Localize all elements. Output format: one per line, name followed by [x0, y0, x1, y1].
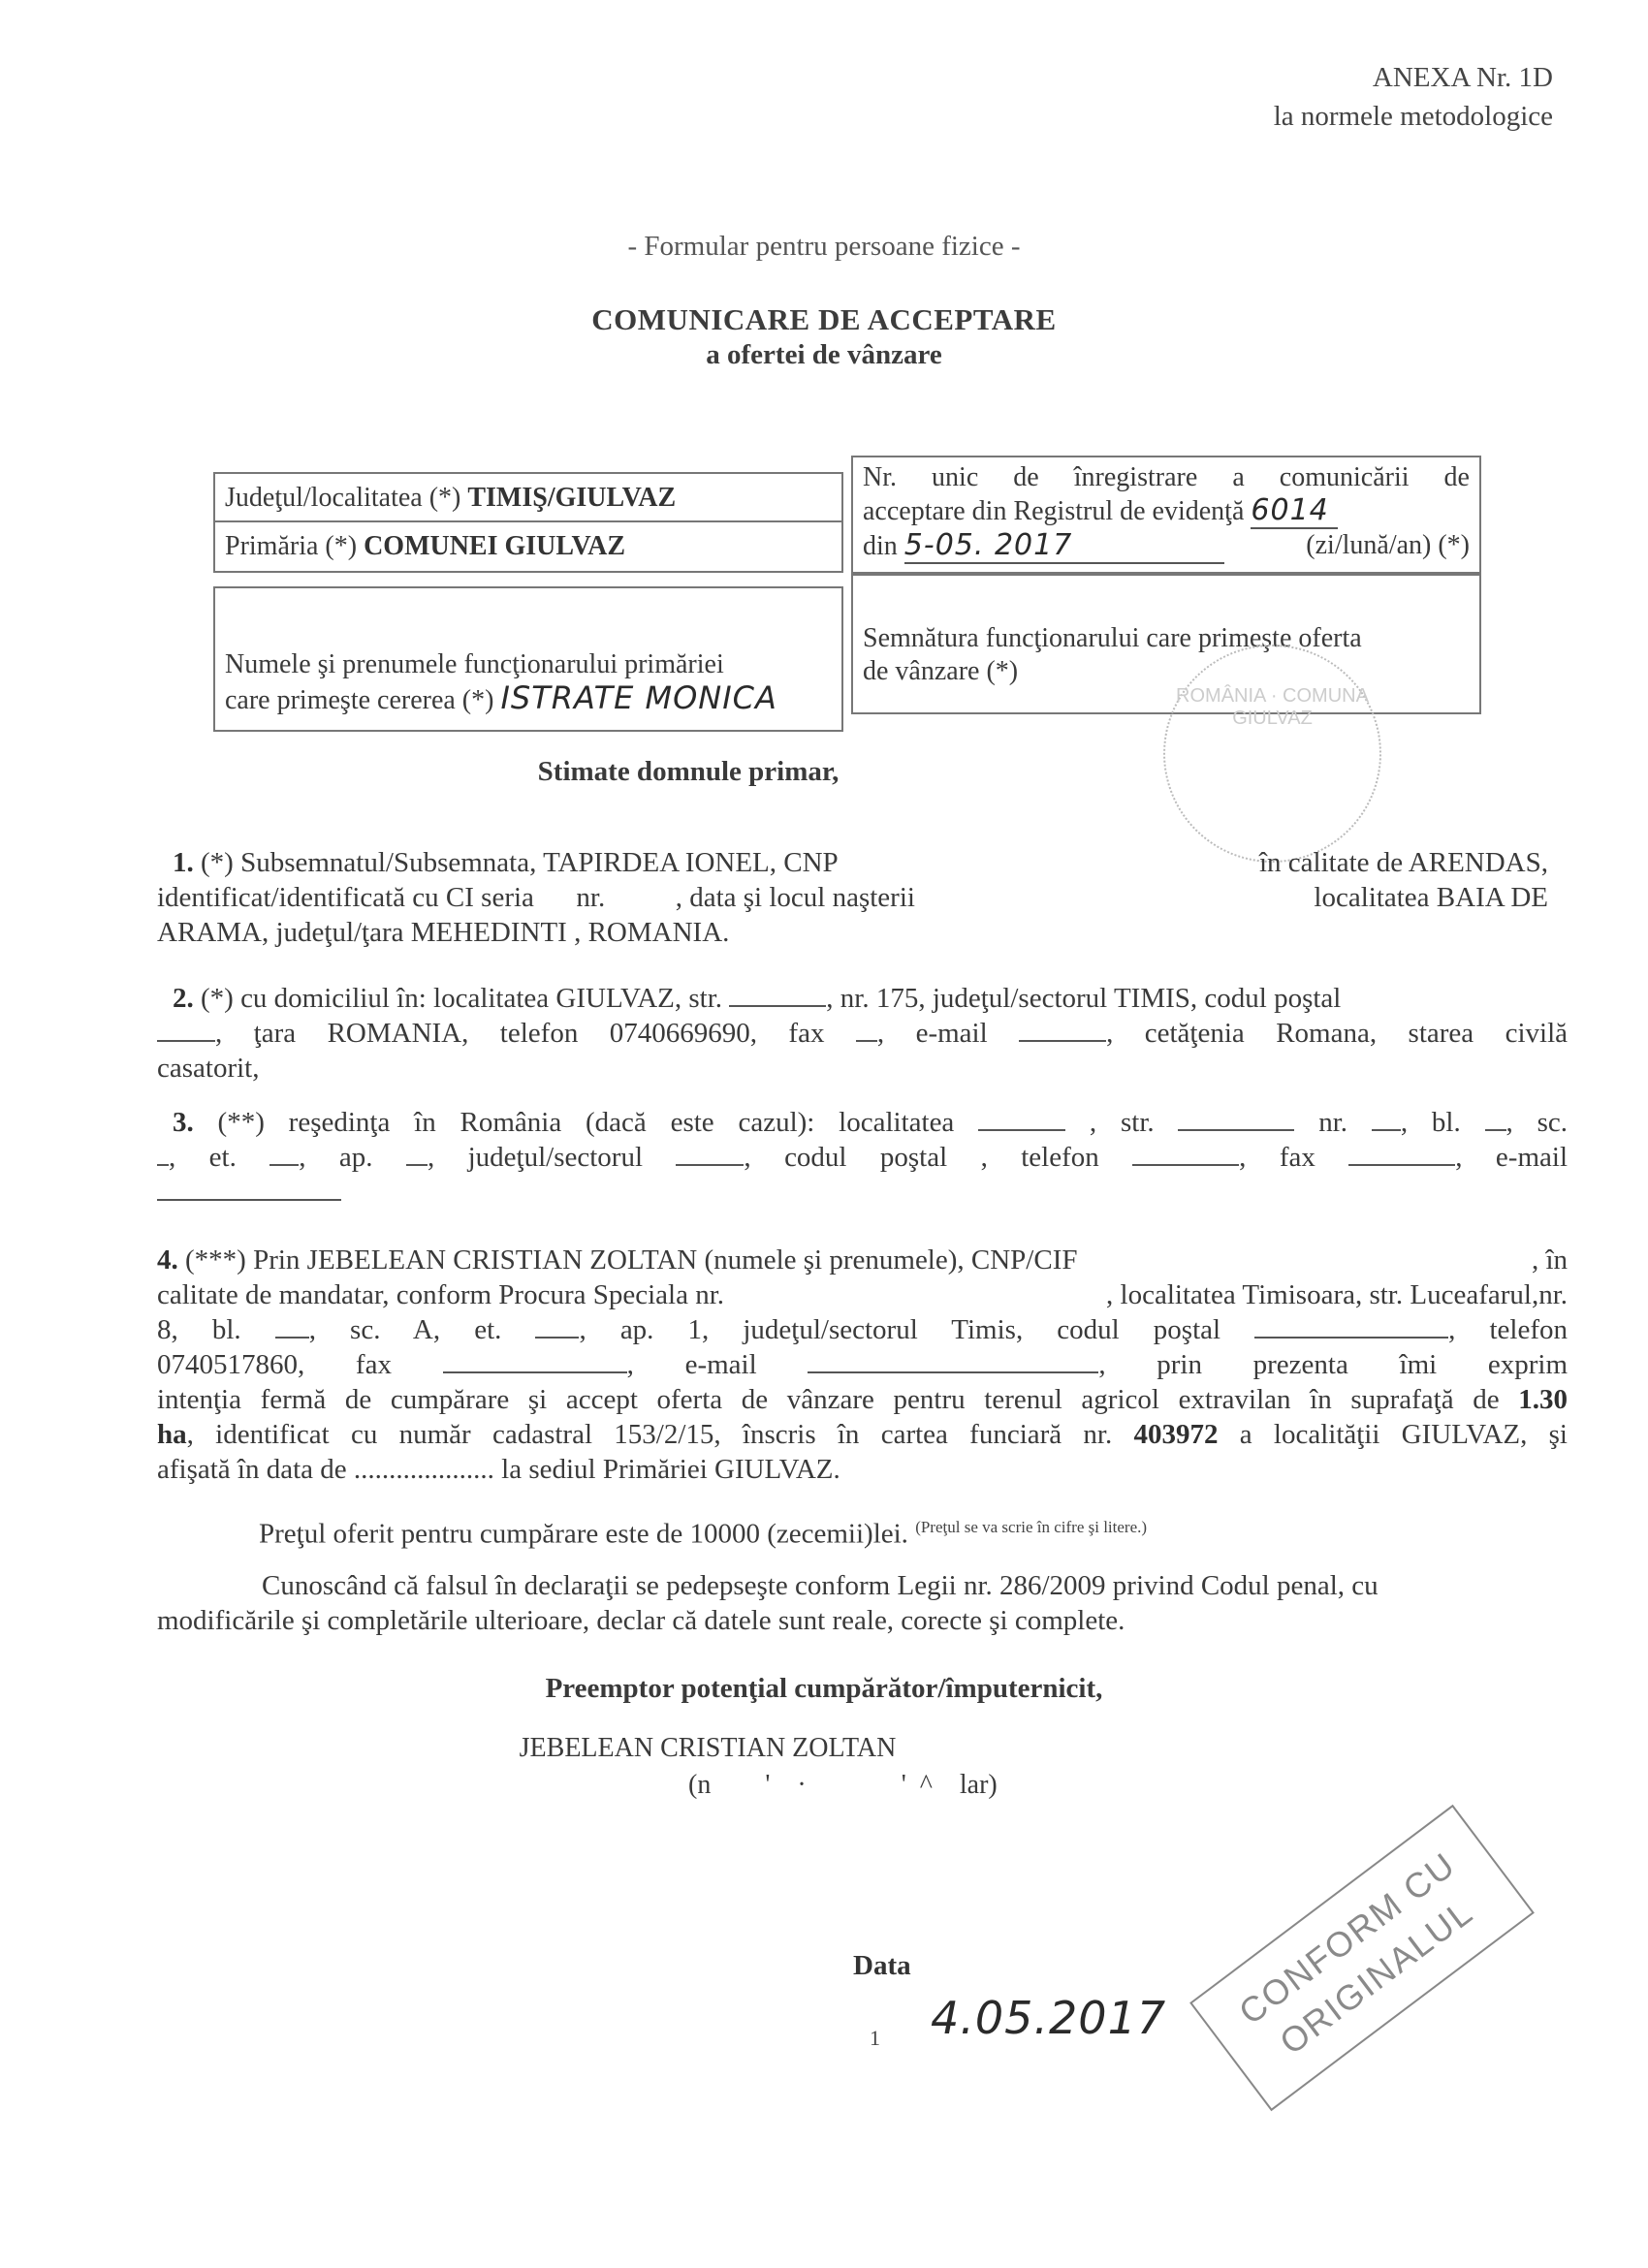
- section-2-email-label: , e-mail: [877, 1018, 1019, 1049]
- section-4-ap-county: , ap. 1, judeţul/sectorul Timis, codul p…: [579, 1314, 1254, 1345]
- section-2-civil-status: casatorit,: [157, 1051, 1568, 1086]
- clerk-name-field[interactable]: ISTRATE MONICA: [500, 679, 776, 716]
- price-offered: Preţul oferit pentru cumpărare este de 1…: [259, 1519, 908, 1550]
- rep-fax-field[interactable]: [443, 1350, 627, 1373]
- form-type: - Formular pentru persoane fizice -: [0, 231, 1648, 263]
- section-1-id: identificat/identificată cu CI seria nr.…: [157, 880, 915, 915]
- section-3-street-label: , str.: [1065, 1107, 1178, 1138]
- fax-field[interactable]: [856, 1019, 877, 1042]
- townhall-cell: Primăria (*) COMUNEI GIULVAZ: [213, 522, 843, 573]
- signature-label-line1: Semnătura funcţionarului care primeşte o…: [863, 622, 1470, 655]
- registration-date-prefix: din: [863, 531, 904, 561]
- section-3-bl-label: , bl.: [1401, 1107, 1485, 1138]
- signature-label-line2: de vânzare (*): [863, 655, 1470, 688]
- residence-email-field[interactable]: [157, 1178, 341, 1201]
- section-3-ap-label: , ap.: [299, 1142, 406, 1173]
- registration-label-line1: Nr. unic de înregistrare a comunicării d…: [863, 461, 1470, 494]
- signatory-name: JEBELEAN CRISTIAN ZOLTAN: [0, 1733, 1415, 1764]
- section-4-posted-date: afişată în data de .................... …: [157, 1452, 1568, 1487]
- section-4-representative: (***) Prin JEBELEAN CRISTIAN ZOLTAN (num…: [178, 1244, 1078, 1276]
- signatory-role: (n ' · ' ^ lar): [688, 1770, 998, 1801]
- section-2-phone: , ţara ROMANIA, telefon 0740669690, fax: [215, 1018, 856, 1049]
- section-3-nr-label: nr.: [1294, 1107, 1371, 1138]
- residence-phone-field[interactable]: [1132, 1143, 1239, 1166]
- county-value: TIMIŞ/GIULVAZ: [467, 483, 676, 513]
- land-area-unit: ha: [157, 1419, 187, 1450]
- clerk-label-line2: care primeşte cererea (*): [225, 685, 500, 715]
- rep-email-field[interactable]: [808, 1350, 1098, 1373]
- section-1-capacity: în calitate de ARENDAS,: [1259, 845, 1568, 880]
- certified-copy-stamp: CONFORM CU ORIGINALUL: [1189, 1805, 1535, 2111]
- section-2-citizenship: , cetăţenia Romana, starea civilă: [1106, 1018, 1568, 1049]
- county-cell: Judeţul/localitatea (*) TIMIŞ/GIULVAZ: [213, 472, 843, 522]
- section-3-residence: (**) reşedinţa în România (dacă este caz…: [194, 1107, 978, 1138]
- clerk-cell: Numele şi prenumele funcţionarului primă…: [213, 586, 843, 732]
- registration-number-field[interactable]: 6014: [1251, 494, 1338, 529]
- declaration-line2: modificările şi completările ulterioare,…: [157, 1603, 1568, 1638]
- section-4-bl-label: 8, bl.: [157, 1314, 275, 1345]
- section-4-phone-label: , telefon: [1448, 1314, 1568, 1345]
- street-field[interactable]: [729, 984, 826, 1007]
- section-1-county: ARAMA, judeţul/ţara MEHEDINTI , ROMANIA.: [157, 915, 1568, 950]
- date-label: Data: [853, 1950, 911, 1982]
- rep-postal-code-field[interactable]: [1254, 1315, 1448, 1339]
- rep-et-field[interactable]: [535, 1315, 579, 1339]
- residence-et-field[interactable]: [269, 1143, 299, 1166]
- section-4-phone: 0740517860, fax: [157, 1349, 443, 1380]
- section-3-phone-label: , codul poştal , telefon: [744, 1142, 1132, 1173]
- residence-ap-field[interactable]: [406, 1143, 428, 1166]
- county-label: Judeţul/localitatea (*): [225, 483, 467, 513]
- registration-date-format: (zi/lună/an) (*): [1306, 529, 1470, 564]
- section-4: 4. (***) Prin JEBELEAN CRISTIAN ZOLTAN (…: [157, 1243, 1568, 1487]
- townhall-value: COMUNEI GIULVAZ: [364, 531, 625, 561]
- townhall-label: Primăria (*): [225, 531, 364, 561]
- document-subtitle: a ofertei de vânzare: [0, 339, 1648, 371]
- price-note: (Preţul se va scrie în cifre şi litere.): [915, 1518, 1147, 1536]
- section-3-county-label: , judeţul/sectorul: [428, 1142, 676, 1173]
- declaration-line1: Cunoscând că falsul în declaraţii se ped…: [157, 1568, 1568, 1603]
- residence-locality-field[interactable]: [978, 1108, 1065, 1131]
- residence-nr-field[interactable]: [1372, 1108, 1401, 1131]
- section-4-sc-et: , sc. A, et.: [309, 1314, 536, 1345]
- land-book-number: 403972: [1134, 1419, 1219, 1450]
- section-3-et-label: , et.: [169, 1142, 269, 1173]
- section-4-locality: a localităţii GIULVAZ, şi: [1219, 1419, 1569, 1450]
- section-4-email-label: , e-mail: [627, 1349, 808, 1380]
- residence-sc-field[interactable]: [157, 1143, 169, 1166]
- residence-bl-field[interactable]: [1485, 1108, 1506, 1131]
- section-1-number: 1.: [173, 847, 194, 878]
- signature-cell: Semnătura funcţionarului care primeşte o…: [851, 574, 1481, 714]
- section-1-applicant: (*) Subsemnatul/Subsemnata, TAPIRDEA ION…: [194, 847, 839, 878]
- registration-label-line2: acceptare din Registrul de evidenţă: [863, 496, 1251, 526]
- section-3-fax-label: , fax: [1239, 1142, 1348, 1173]
- email-field[interactable]: [1019, 1019, 1106, 1042]
- section-3-number: 3.: [173, 1107, 194, 1138]
- document-title: COMUNICARE DE ACCEPTARE: [0, 302, 1648, 337]
- section-2-number: 2.: [173, 983, 194, 1014]
- section-4-in: , în: [1532, 1243, 1568, 1277]
- clerk-label-line1: Numele şi prenumele funcţionarului primă…: [225, 648, 832, 681]
- section-4-intent: , prin prezenta îmi exprim: [1098, 1349, 1568, 1380]
- section-4-cadastral: , identificat cu număr cadastral 153/2/1…: [187, 1419, 1134, 1450]
- section-2-number-county: , nr. 175, judeţul/sectorul TIMIS, codul…: [826, 983, 1341, 1014]
- registration-cell: Nr. unic de înregistrare a comunicării d…: [851, 456, 1481, 574]
- date-handwritten-field[interactable]: 4.05.2017: [931, 1992, 1166, 2044]
- land-area-value: 1.30: [1518, 1384, 1568, 1415]
- residence-street-field[interactable]: [1178, 1108, 1294, 1131]
- section-3-email-label: , e-mail: [1455, 1142, 1568, 1173]
- section-4-power-of-attorney: calitate de mandatar, conform Procura Sp…: [157, 1277, 724, 1312]
- townhall-stamp: ROMÂNIA · COMUNA GIULVAZ: [1163, 645, 1381, 863]
- section-1-birthplace: localitatea BAIA DE: [1314, 880, 1568, 915]
- section-2: 2. (*) cu domiciliul în: localitatea GIU…: [157, 981, 1568, 1086]
- residence-county-field[interactable]: [676, 1143, 744, 1166]
- declaration: Cunoscând că falsul în declaraţii se ped…: [157, 1568, 1568, 1638]
- price-line: Preţul oferit pentru cumpărare este de 1…: [157, 1510, 1568, 1552]
- section-4-number: 4.: [157, 1244, 178, 1276]
- section-1: 1. (*) Subsemnatul/Subsemnata, TAPIRDEA …: [157, 845, 1568, 950]
- registration-date-field[interactable]: 5-05. 2017: [904, 529, 1224, 564]
- rep-bl-field[interactable]: [275, 1315, 309, 1339]
- annex-subtitle: la normele metodologice: [1274, 97, 1553, 136]
- postal-code-field[interactable]: [157, 1019, 215, 1042]
- residence-fax-field[interactable]: [1348, 1143, 1455, 1166]
- annex-reference: ANEXA Nr. 1D la normele metodologice: [1274, 58, 1553, 136]
- section-3-sc-label: , sc.: [1506, 1107, 1568, 1138]
- section-2-address: (*) cu domiciliul în: localitatea GIULVA…: [194, 983, 730, 1014]
- section-4-offer-text: intenţia fermă de cumpărare şi accept of…: [157, 1384, 1518, 1415]
- signature-title: Preemptor potenţial cumpărător/împuterni…: [0, 1673, 1648, 1705]
- greeting: Stimate domnule primar,: [0, 756, 1377, 788]
- section-3: 3. (**) reşedinţa în România (dacă este …: [157, 1105, 1568, 1210]
- annex-number: ANEXA Nr. 1D: [1274, 58, 1553, 97]
- page-number: 1: [870, 2026, 880, 2051]
- section-4-address: , localitatea Timisoara, str. Luceafarul…: [1106, 1277, 1568, 1312]
